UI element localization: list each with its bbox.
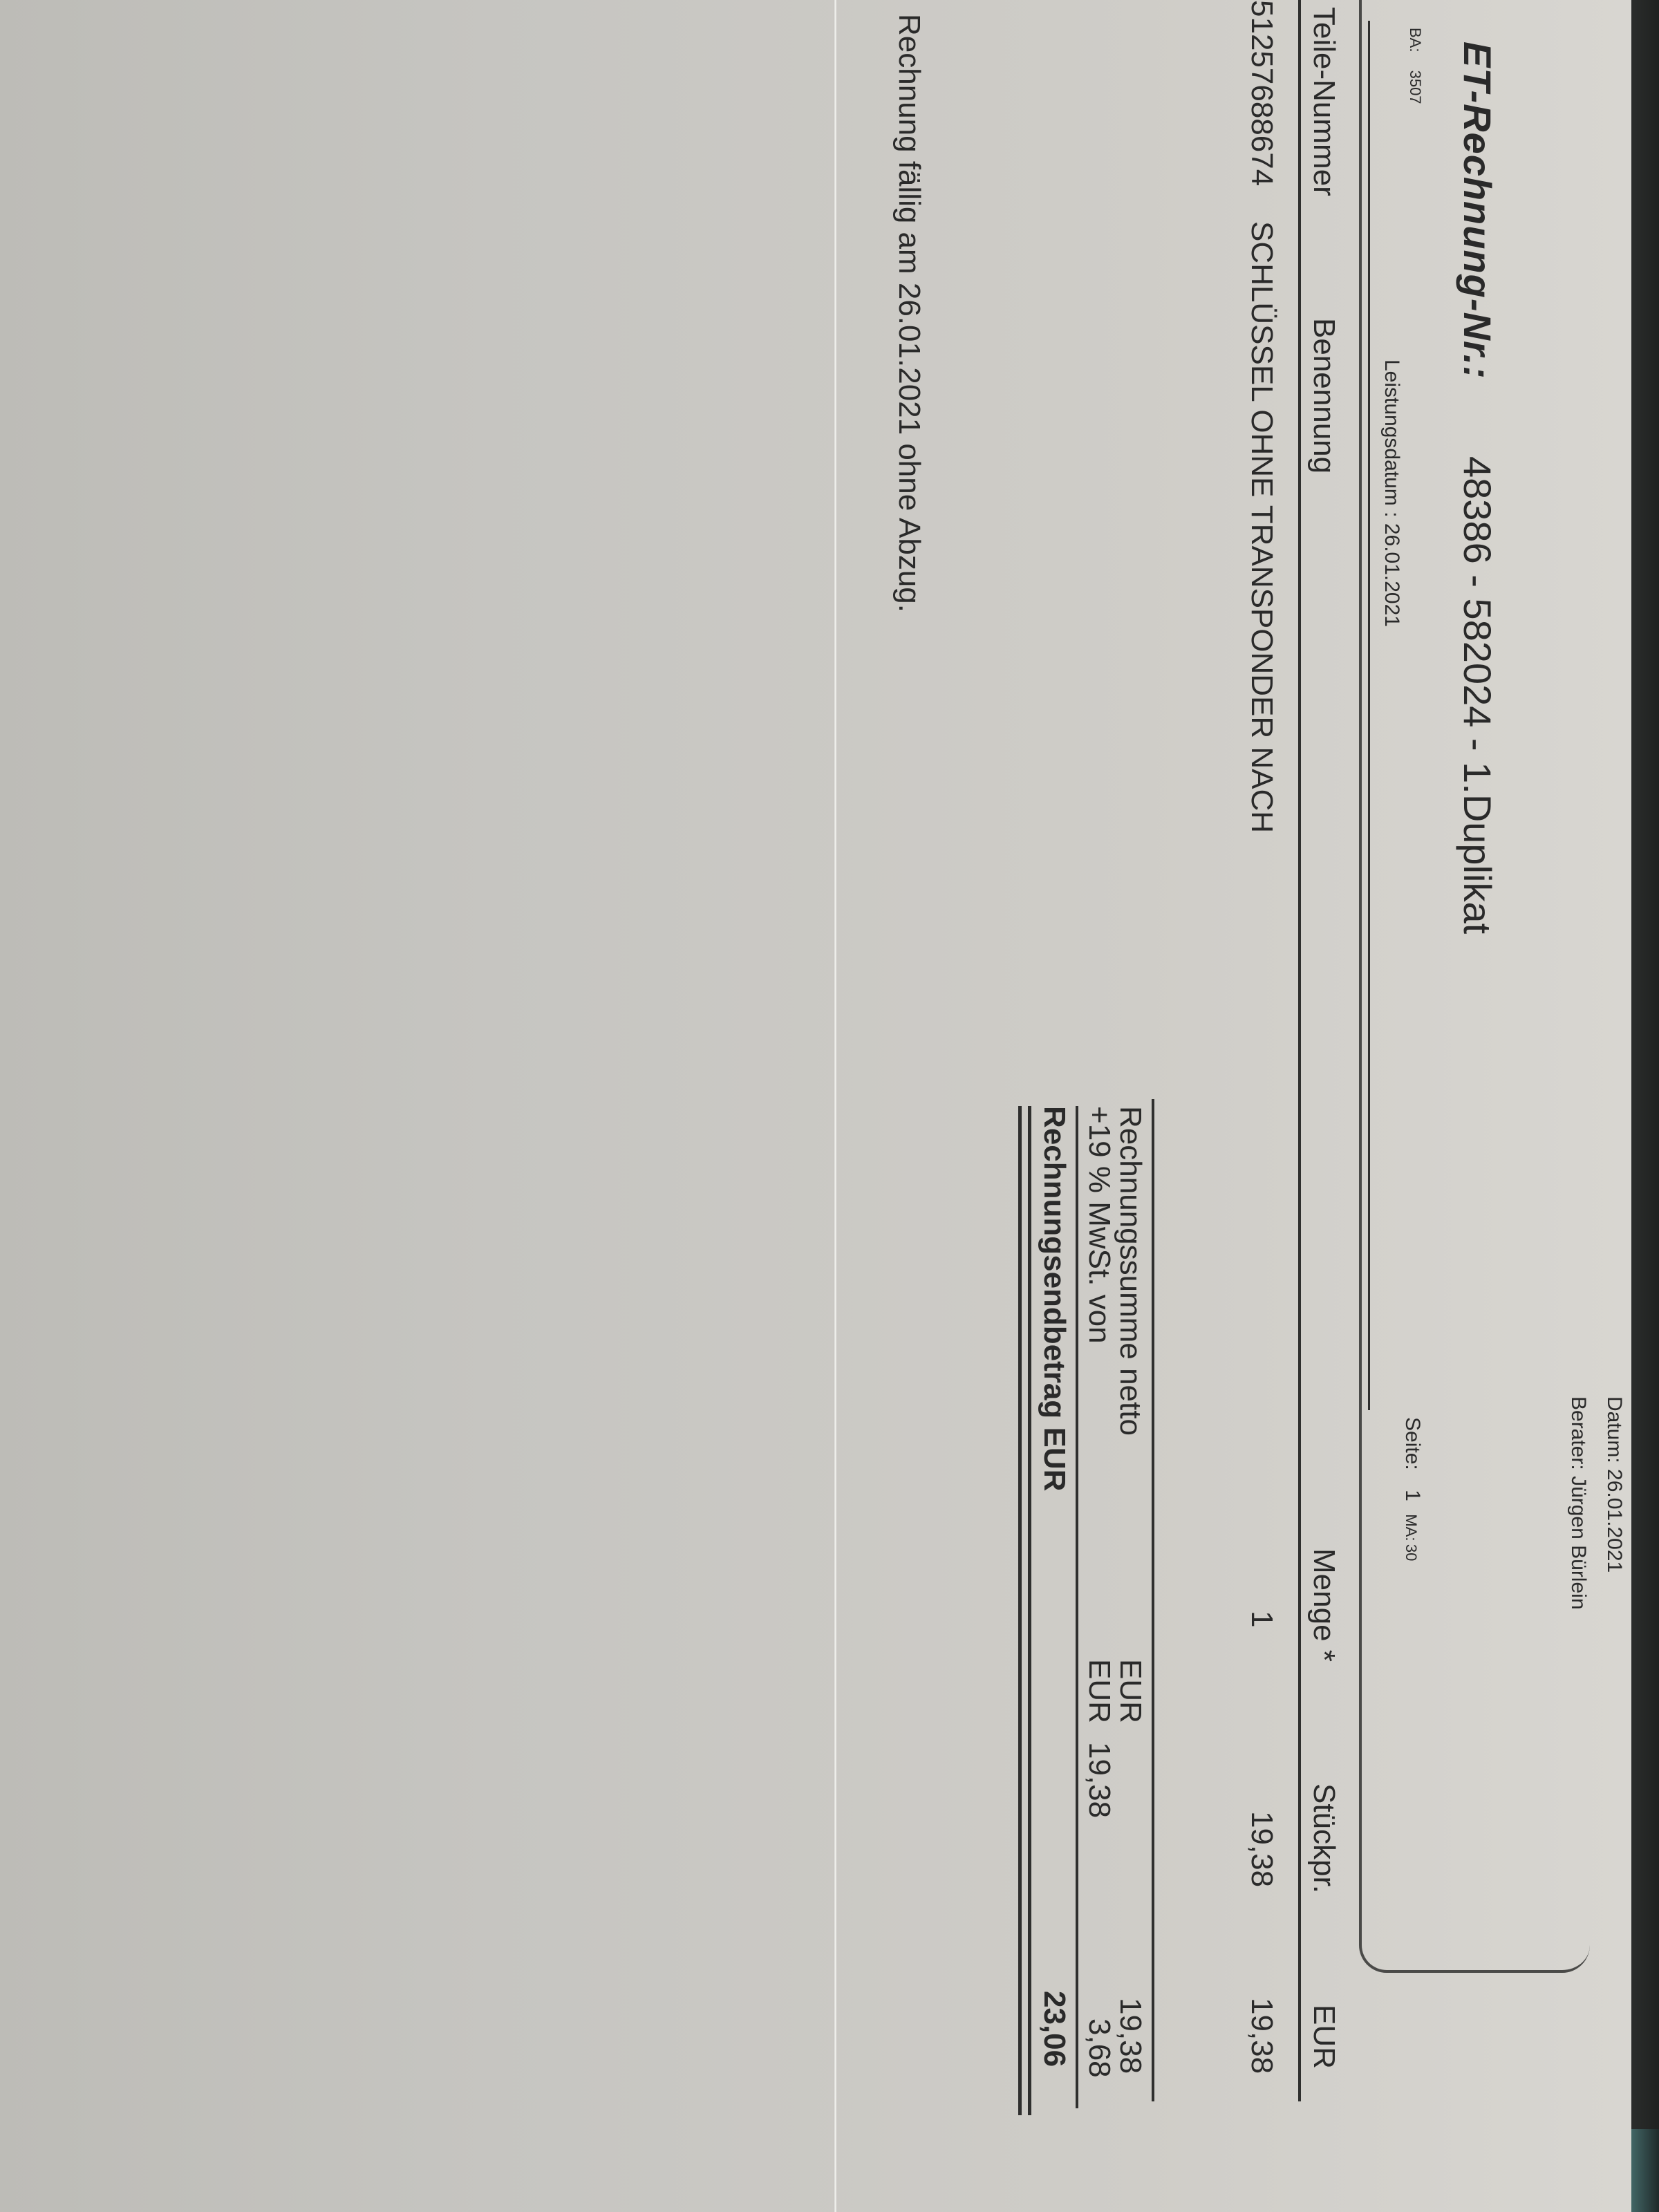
mwst-value: 3,68 <box>1082 2018 1116 2078</box>
totals-top-rule <box>1152 1099 1154 2101</box>
invoice-title: ET-Rechnung-Nr.: <box>1455 41 1500 379</box>
col-teile-nummer: Teile-Nummer <box>1306 7 1341 196</box>
berater-line: Berater: Jürgen Bürlein <box>1566 1396 1590 1610</box>
table-header-rule <box>1298 0 1301 2101</box>
endbetrag-value: 23,06 <box>1037 1991 1071 2067</box>
leistungsdatum-line: Leistungsdatum : 26.01.2021 <box>1380 359 1403 627</box>
ba-line: BA: 3507 <box>1406 28 1424 104</box>
paper-fold-crease <box>834 0 836 2212</box>
datum-value: 26.01.2021 <box>1603 1469 1626 1573</box>
due-note: Rechnung fällig am 26.01.2021 ohne Abzug… <box>892 14 926 612</box>
ba-value: 3507 <box>1407 71 1424 104</box>
leistungsdatum-value: 26.01.2021 <box>1380 523 1403 627</box>
netto-label: Rechnungssumme netto <box>1113 1106 1147 1436</box>
mwst-currency: EUR <box>1082 1659 1116 1723</box>
row-eur: 19,38 <box>1244 1998 1279 2074</box>
header-rule <box>1368 21 1370 1410</box>
berater-value: Jürgen Bürlein <box>1567 1476 1590 1609</box>
totals-double-rule-1 <box>1028 1106 1031 2115</box>
mwst-label: +19 % MwSt. von <box>1082 1106 1116 1344</box>
endbetrag-label: Rechnungsendbetrag EUR <box>1037 1106 1071 1491</box>
row-benennung: SCHLÜSSEL OHNE TRANSPONDER NACH <box>1244 221 1279 833</box>
col-benennung: Benennung <box>1306 318 1341 474</box>
col-menge: Menge * <box>1306 1548 1341 1662</box>
row-stueckpreis: 19,38 <box>1244 1811 1279 1887</box>
datum-line: Datum: 26.01.2021 <box>1602 1396 1626 1573</box>
row-teile-nummer: 51257688674 <box>1244 0 1279 186</box>
invoice-paper: Datum: 26.01.2021 Berater: Jürgen Bürlei… <box>0 0 1631 2212</box>
totals-mid-rule <box>1076 1106 1078 2108</box>
netto-currency: EUR <box>1113 1659 1147 1723</box>
col-stueckpreis: Stückpr. <box>1306 1783 1341 1893</box>
seite-line: Seite: 1 MA: 30 <box>1400 1417 1424 1561</box>
invoice-number: 48386 - 582024 - 1.Duplikat <box>1455 456 1500 934</box>
seite-value: 1 <box>1401 1490 1424 1501</box>
netto-value: 19,38 <box>1113 1998 1147 2074</box>
mwst-base: 19,38 <box>1082 1742 1116 1818</box>
totals-double-rule-2 <box>1018 1106 1022 2115</box>
row-menge: 1 <box>1244 1611 1279 1627</box>
ma-value: 30 <box>1403 1544 1420 1561</box>
col-eur: EUR <box>1306 2005 1341 2069</box>
